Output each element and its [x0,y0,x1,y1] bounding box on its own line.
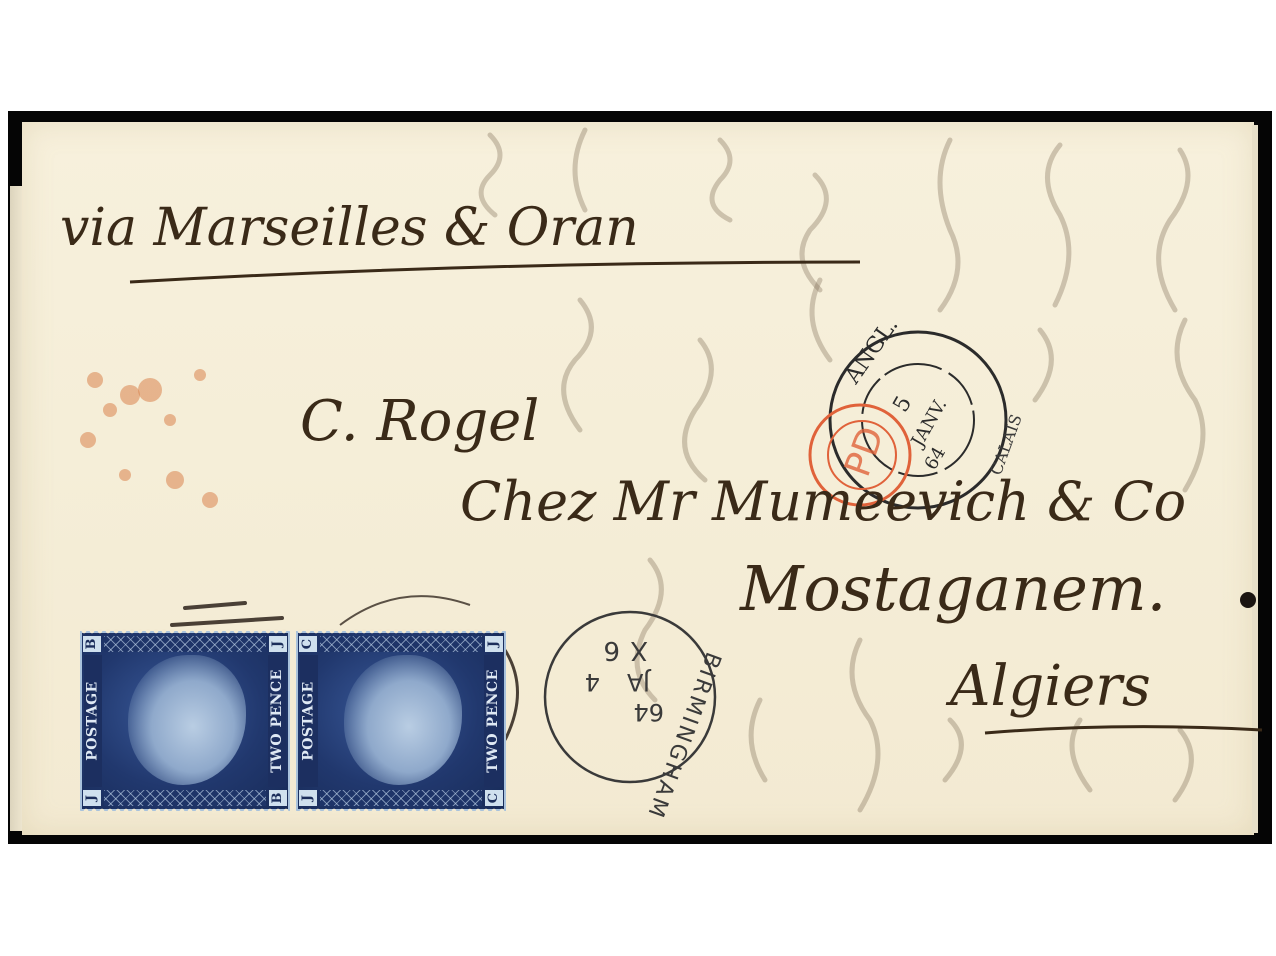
postage-label: POSTAGE [300,655,318,787]
stamp-pair: POSTAGE TWO PENCE B J J B POSTAGE TWO PE… [80,631,506,811]
queen-portrait [344,655,462,785]
stamp-top-band [104,636,266,652]
value-label: TWO PENCE [484,655,502,787]
two-pence-stamp: POSTAGE TWO PENCE B J J B [80,631,290,811]
cover-right-edge [1252,125,1258,833]
queen-portrait [128,655,246,785]
stamp-bottom-band [320,790,482,806]
stamp-top-band [320,636,482,652]
corner-letter: J [299,790,317,806]
perforation [80,629,290,634]
postage-label: POSTAGE [84,655,102,787]
corner-letter: J [269,636,287,652]
corner-letter: C [299,636,317,652]
value-label: TWO PENCE [268,655,286,787]
corner-letter: B [83,636,101,652]
corner-letter: B [269,790,287,806]
corner-letter: C [485,790,503,806]
two-pence-stamp: POSTAGE TWO PENCE C J J C [296,631,506,811]
stamp-bottom-band [104,790,266,806]
perforation [80,808,290,813]
corner-letter: J [485,636,503,652]
corner-letter: J [83,790,101,806]
perforation [296,629,506,634]
perforation [296,808,506,813]
